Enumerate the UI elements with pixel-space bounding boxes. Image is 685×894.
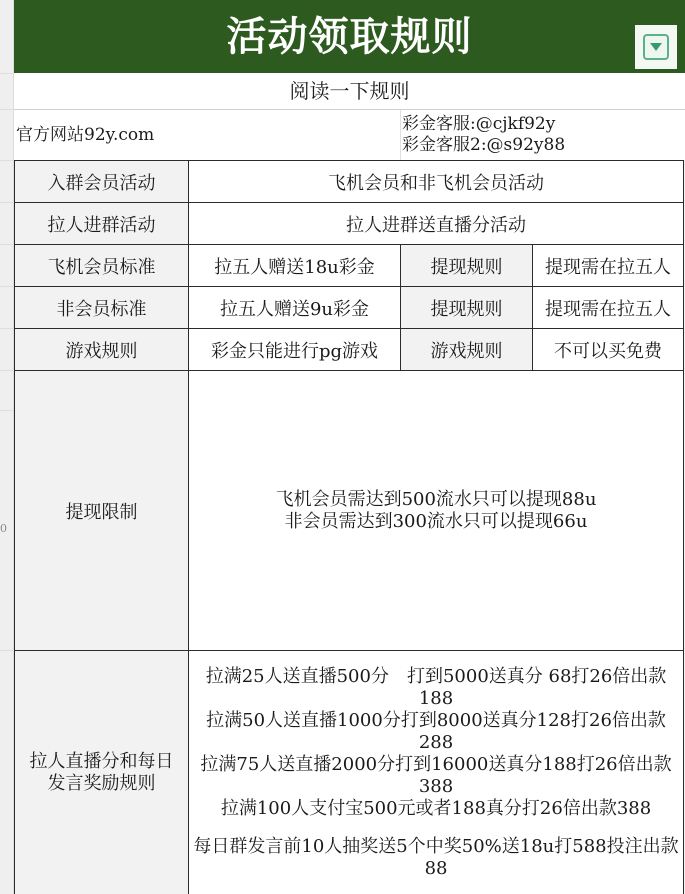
withdraw-line: 飞机会员需达到500流水只可以提现88u — [191, 489, 681, 511]
table-row: 飞机会员标准 拉五人赠送18u彩金 提现规则 提现需在拉五人 — [15, 245, 684, 287]
row-label[interactable]: 非会员标准 — [15, 287, 189, 329]
row-divider — [0, 370, 13, 371]
page-title: 活动领取规则 — [14, 0, 685, 73]
row-value[interactable]: 拉五人赠送18u彩金 — [189, 245, 401, 287]
row-divider — [0, 244, 13, 245]
reward-line: 拉满100人支付宝500元或者188真分打26倍出款388 — [191, 798, 681, 820]
row-divider — [0, 650, 13, 651]
row-value[interactable]: 彩金只能进行pg游戏 — [189, 329, 401, 371]
reward-line: 拉满50人送直播1000分打到8000送真分128打26倍出款288 — [191, 710, 681, 754]
dropdown-filter-icon — [643, 34, 669, 60]
daily-reward-line: 每日群发言前10人抽奖送5个中奖50%送18u打588投注出款88 — [191, 836, 681, 880]
table-row-rewards: 拉人直播分和每日发言奖励规则 拉满25人送直播500分 打到5000送真分 68… — [15, 651, 684, 894]
customer-service-2: 彩金客服2:@s92y88 — [402, 135, 565, 156]
row-label[interactable]: 入群会员活动 — [15, 161, 189, 203]
customer-service: 彩金客服:@cjkf92y 彩金客服2:@s92y88 — [402, 114, 565, 156]
contact-info-row: 官方网站92y.com 彩金客服:@cjkf92y 彩金客服2:@s92y88 — [14, 110, 685, 160]
row-header-column: 0 — [0, 0, 14, 894]
row-divider — [0, 410, 13, 411]
rewards-value[interactable]: 拉满25人送直播500分 打到5000送真分 68打26倍出款188 拉满50人… — [189, 651, 684, 894]
spacer — [191, 820, 681, 836]
table-row: 拉人进群活动 拉人进群送直播分活动 — [15, 203, 684, 245]
table-row: 非会员标准 拉五人赠送9u彩金 提现规则 提现需在拉五人 — [15, 287, 684, 329]
subtitle: 阅读一下规则 — [14, 73, 685, 110]
customer-service-1: 彩金客服:@cjkf92y — [402, 114, 565, 135]
reward-line: 拉满25人送直播500分 打到5000送真分 68打26倍出款188 — [191, 666, 681, 710]
row-sub-value[interactable]: 提现需在拉五人 — [533, 287, 684, 329]
row-sub-label[interactable]: 提现规则 — [401, 287, 533, 329]
table-row: 入群会员活动 飞机会员和非飞机会员活动 — [15, 161, 684, 203]
row-divider — [0, 202, 13, 203]
rules-table: 入群会员活动 飞机会员和非飞机会员活动 拉人进群活动 拉人进群送直播分活动 飞机… — [14, 160, 684, 894]
row-divider — [0, 328, 13, 329]
official-site: 官方网站92y.com — [16, 110, 154, 160]
withdraw-limit-label[interactable]: 提现限制 — [15, 371, 189, 651]
row-sub-value[interactable]: 不可以买免费 — [533, 329, 684, 371]
row-sub-label[interactable]: 游戏规则 — [401, 329, 533, 371]
row-divider — [0, 160, 13, 161]
row-divider — [0, 109, 13, 110]
row-number: 0 — [0, 522, 7, 535]
table-row-withdraw-limit: 提现限制 飞机会员需达到500流水只可以提现88u 非会员需达到300流水只可以… — [15, 371, 684, 651]
withdraw-line: 非会员需达到300流水只可以提现66u — [191, 511, 681, 533]
table-row: 游戏规则 彩金只能进行pg游戏 游戏规则 不可以买免费 — [15, 329, 684, 371]
cell-divider — [400, 110, 401, 160]
row-sub-value[interactable]: 提现需在拉五人 — [533, 245, 684, 287]
withdraw-limit-value[interactable]: 飞机会员需达到500流水只可以提现88u 非会员需达到300流水只可以提现66u — [189, 371, 684, 651]
row-label[interactable]: 拉人进群活动 — [15, 203, 189, 245]
row-value[interactable]: 飞机会员和非飞机会员活动 — [189, 161, 684, 203]
filter-dropdown-button[interactable] — [635, 25, 677, 69]
row-value[interactable]: 拉五人赠送9u彩金 — [189, 287, 401, 329]
row-sub-label[interactable]: 提现规则 — [401, 245, 533, 287]
reward-line: 拉满75人送直播2000分打到16000送真分188打26倍出款388 — [191, 754, 681, 798]
row-divider — [0, 286, 13, 287]
row-label[interactable]: 游戏规则 — [15, 329, 189, 371]
rewards-label[interactable]: 拉人直播分和每日发言奖励规则 — [15, 651, 189, 894]
row-divider — [0, 73, 13, 74]
row-value[interactable]: 拉人进群送直播分活动 — [189, 203, 684, 245]
row-label[interactable]: 飞机会员标准 — [15, 245, 189, 287]
